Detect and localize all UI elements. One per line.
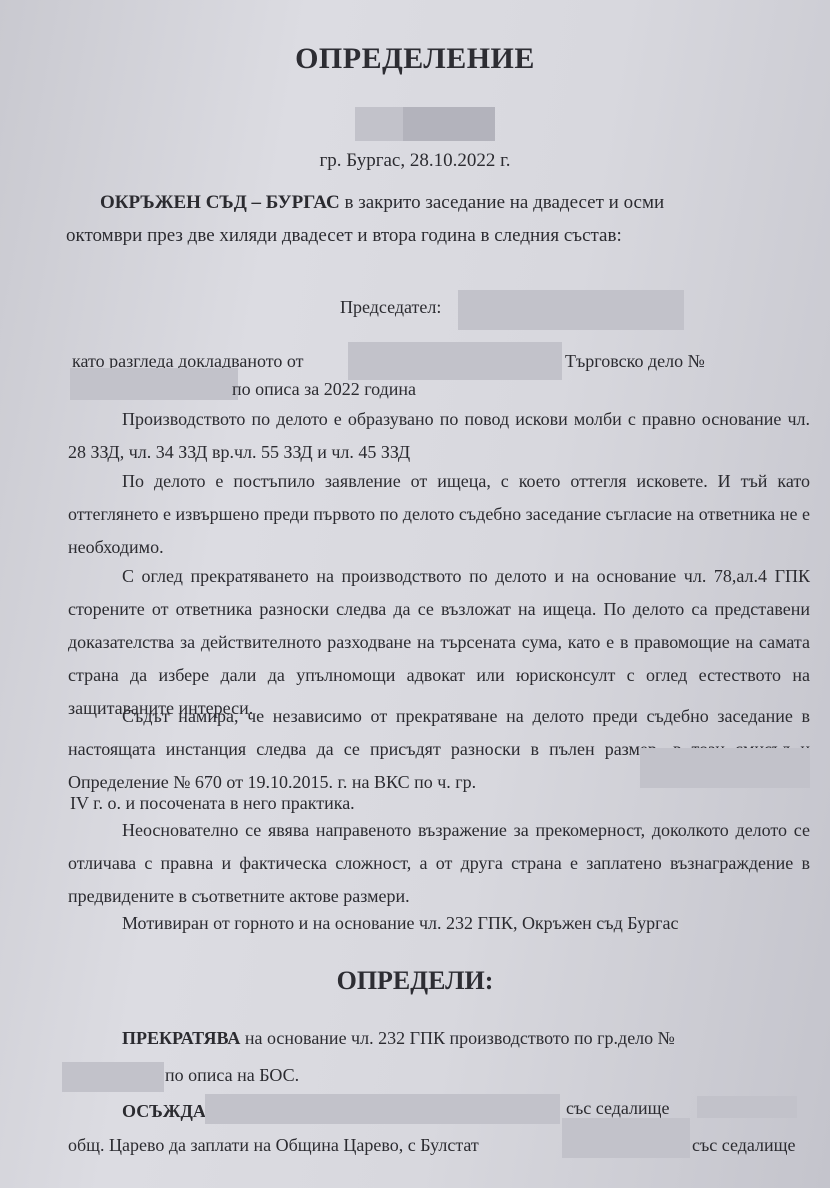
redacted-defendant — [205, 1094, 560, 1124]
court-line-2: октомври през две хиляди двадесет и втор… — [66, 225, 622, 247]
terminates-rest: на основание чл. 232 ГПК производството … — [240, 1028, 674, 1048]
redacted-seat — [697, 1096, 797, 1118]
document-title: ОПРЕДЕЛЕНИЕ — [0, 42, 830, 76]
last-line-end: със седалище — [692, 1134, 796, 1156]
sentences-mid: със седалище — [566, 1097, 670, 1119]
paragraph-4-end: IV г. о. и посочената в него практика. — [70, 792, 355, 814]
chair-label: Председател: — [340, 296, 441, 318]
last-line-start: общ. Царево да заплати на Община Царево,… — [68, 1134, 479, 1156]
case-line-1-end: Търговско дело № — [565, 350, 705, 372]
paragraph-1: Производството по делото е образувано по… — [68, 403, 810, 469]
decision-title: ОПРЕДЕЛИ: — [0, 966, 830, 996]
sentences-keyword: ОСЪЖДА — [122, 1100, 206, 1122]
court-line-1-rest: в закрито заседание на двадесет и осми — [340, 192, 664, 213]
terminates-line: ПРЕКРАТЯВА на основание чл. 232 ГПК прои… — [122, 1027, 675, 1049]
redacted-chair-name — [458, 290, 684, 330]
terminates-line-2: по описа на БОС. — [165, 1064, 299, 1086]
redacted-vks-case — [640, 748, 810, 788]
paragraph-5: Неоснователно се явява направеното възра… — [68, 814, 810, 913]
place-date: гр. Бургас, 28.10.2022 г. — [0, 150, 830, 172]
case-line-2-end: по описа за 2022 година — [232, 378, 416, 400]
redacted-case-number-2 — [403, 107, 495, 141]
paragraph-2: По делото е постъпило заявление от ищеца… — [68, 465, 810, 564]
redacted-case-no — [70, 368, 238, 400]
court-line-1: ОКРЪЖЕН СЪД – БУРГАС в закрито заседание… — [100, 192, 664, 214]
terminates-keyword: ПРЕКРАТЯВА — [122, 1028, 240, 1048]
court-name: ОКРЪЖЕН СЪД – БУРГАС — [100, 192, 340, 213]
redacted-case-number — [355, 107, 405, 141]
document-page: ОПРЕДЕЛЕНИЕ гр. Бургас, 28.10.2022 г. ОК… — [0, 0, 830, 1188]
paragraph-6: Мотивиран от горното и на основание чл. … — [122, 912, 679, 934]
redacted-reporter — [348, 342, 562, 380]
redacted-gr-case-no — [62, 1062, 164, 1092]
redacted-bulstat — [562, 1118, 690, 1158]
